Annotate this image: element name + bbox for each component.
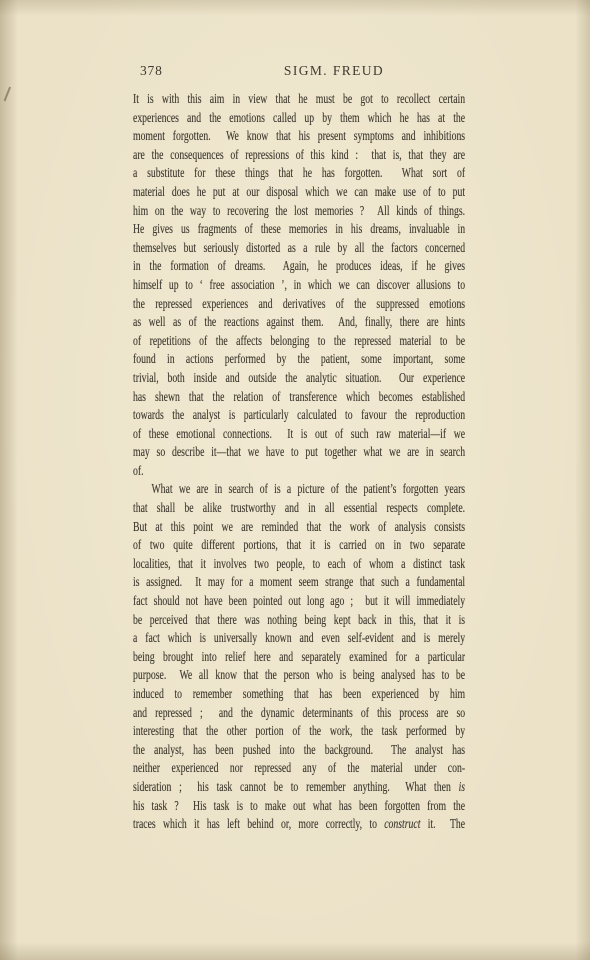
text-line: has shewn that the relation of transfere… (133, 388, 465, 407)
pen-mark (4, 87, 19, 105)
text-line: that shall be alike trustworthy and in a… (133, 499, 465, 518)
text-line: fact should not have been pointed out lo… (133, 592, 465, 611)
text-line: sideration ; his task cannot be to remem… (133, 778, 465, 797)
text-column: It is with this aim in view that he must… (133, 90, 465, 834)
page-number: 378 (140, 63, 163, 79)
text-line: He gives us fragments of these memories … (133, 220, 465, 239)
text-line: moment forgotten. We know that his prese… (133, 127, 465, 146)
text-line: are the consequences of repressions of t… (133, 146, 465, 165)
text-line: But at this point we are reminded that t… (133, 518, 465, 537)
text-line: a fact which is universally known and ev… (133, 629, 465, 648)
page-header: 378 SIGM. FREUD (138, 63, 468, 83)
text-line: him on the way to recovering the lost me… (133, 202, 465, 221)
italic-text: construct (384, 816, 420, 831)
text-line: the analyst, has been pushed into the ba… (133, 741, 465, 760)
text-line: of these emotional connections. It is ou… (133, 425, 465, 444)
text-line: neither experienced nor repressed any of… (133, 759, 465, 778)
paragraph: What we are in search of is a picture of… (133, 480, 465, 833)
text-line: in the formation of dreams. Again, he pr… (133, 257, 465, 276)
text-line: purpose. We all know that the person who… (133, 666, 465, 685)
text-line: be perceived that there was nothing bein… (133, 611, 465, 630)
text-line: of two quite different portions, that it… (133, 536, 465, 555)
running-head: SIGM. FREUD (284, 63, 384, 79)
text-line: as well as of the reactions against them… (133, 313, 465, 332)
text-line: themselves but seriously distorted as a … (133, 239, 465, 258)
text-line: the repressed experiences and derivative… (133, 295, 465, 314)
text-line: It is with this aim in view that he must… (133, 90, 465, 109)
text-line: of repetitions of the affects belonging … (133, 332, 465, 351)
text-line: of. (133, 462, 465, 481)
text-line: What we are in search of is a picture of… (133, 480, 465, 499)
text-line: is assigned. It may for a moment seem st… (133, 573, 465, 592)
text-line: localities, that it involves two people,… (133, 555, 465, 574)
paragraph: It is with this aim in view that he must… (133, 90, 465, 480)
text-line: may so describe it—that we have to put t… (133, 443, 465, 462)
text-line: a substitute for these things that he ha… (133, 164, 465, 183)
text-line: induced to remember something that has b… (133, 685, 465, 704)
text-line: being brought into relief here and separ… (133, 648, 465, 667)
text-line: his task ? His task is to make out what … (133, 797, 465, 816)
text-line: himself up to ‘ free association ’, in w… (133, 276, 465, 295)
text-line: found in actions performed by the patien… (133, 350, 465, 369)
text-line: traces which it has left behind or, more… (133, 815, 465, 834)
text-line: experiences and the emotions called up b… (133, 109, 465, 128)
text-line: interesting that the other portion of th… (133, 722, 465, 741)
text-line: towards the analyst is particularly calc… (133, 406, 465, 425)
book-page: 378 SIGM. FREUD It is with this aim in v… (0, 0, 590, 960)
text-line: material does he put at our disposal whi… (133, 183, 465, 202)
text-line: and repressed ; and the dynamic determin… (133, 704, 465, 723)
text-line: trivial, both inside and outside the ana… (133, 369, 465, 388)
italic-text: is (459, 779, 465, 794)
